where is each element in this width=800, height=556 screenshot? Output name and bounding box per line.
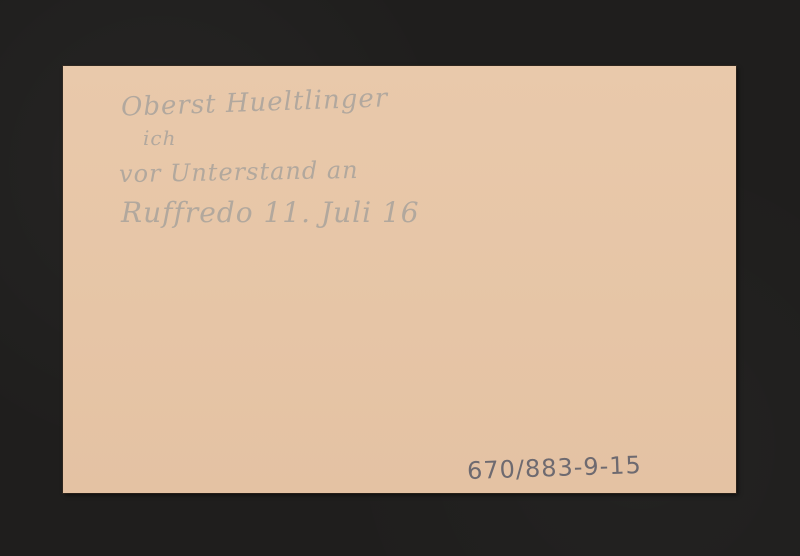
handwritten-line-3: vor Unterstand an [119, 156, 359, 188]
handwritten-line-place-date: Ruffredo 11. Juli 16 [121, 196, 420, 229]
handwritten-line-name: Oberst Hueltlinger [121, 83, 389, 122]
archival-card: Oberst Hueltlinger ich vor Unterstand an… [63, 66, 736, 493]
archive-number: 670/883-9-15 [467, 451, 643, 485]
handwritten-line-2: ich [143, 126, 176, 150]
